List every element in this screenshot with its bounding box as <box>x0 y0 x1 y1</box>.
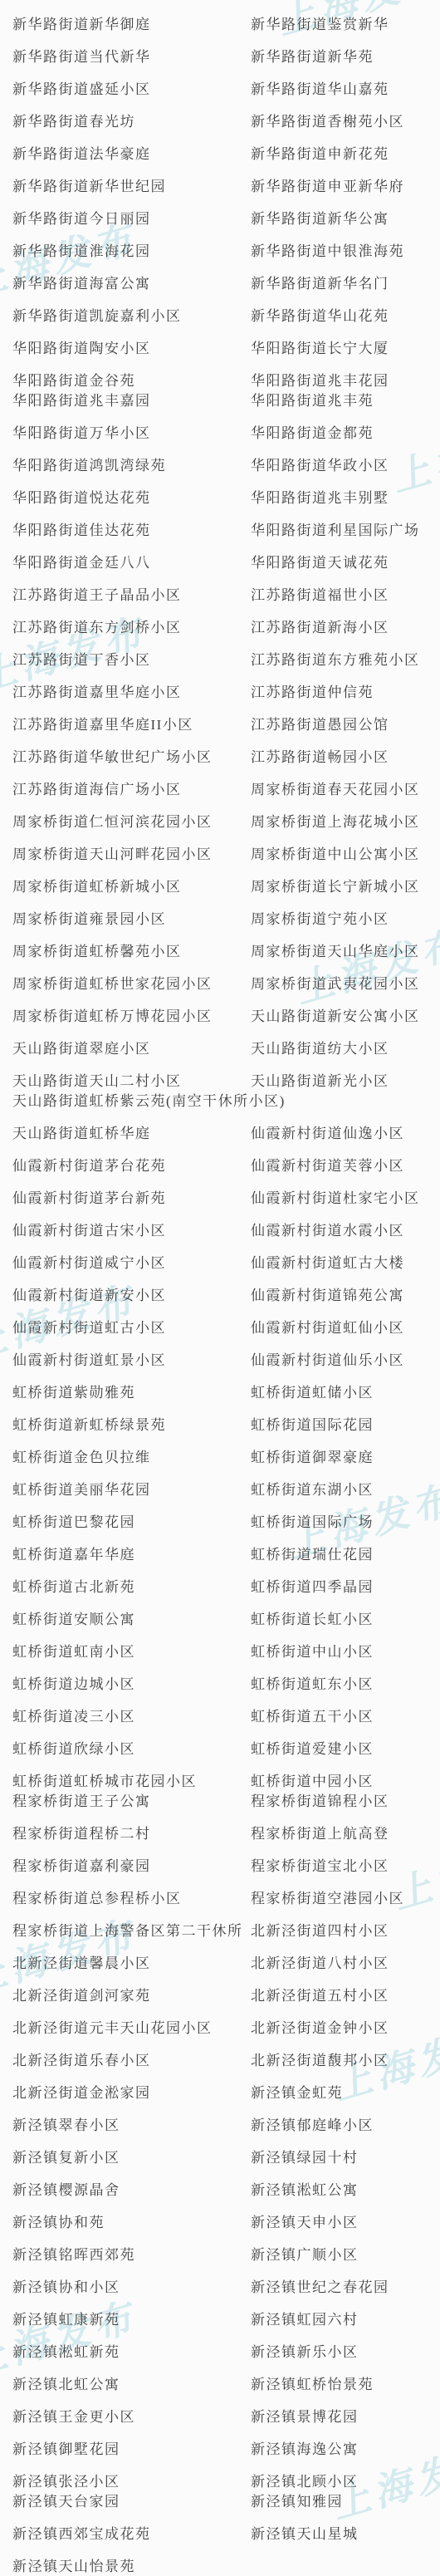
community-name-left: 新华路街道盛延小区 <box>12 81 251 98</box>
community-name-right: 新泾镇天山星城 <box>251 2526 440 2543</box>
list-row: 新泾镇铭晖西郊苑新泾镇广顺小区 <box>12 2247 440 2264</box>
list-row: 北新泾街道剑河家苑北新泾街道五村小区 <box>12 1988 440 2004</box>
community-name-left: 新华路街道法华豪庭 <box>12 146 251 163</box>
community-name-left: 华阳路街道陶安小区 <box>12 341 251 357</box>
community-name-left: 北新泾街道馨晨小区 <box>12 1955 251 1972</box>
community-name-left: 虹桥街道古北新苑 <box>12 1579 251 1596</box>
community-name-left: 新华路街道凯旋嘉利小区 <box>12 308 251 325</box>
community-name-right: 北新泾街道八村小区 <box>251 1955 440 1972</box>
community-name-right: 新华路街道华山花苑 <box>251 308 440 325</box>
community-name-left: 仙霞新村街道古宋小区 <box>12 1223 251 1239</box>
community-name-right: 华阳路街道兆丰别墅 <box>251 490 440 507</box>
community-name-right: 虹桥街道长虹小区 <box>251 1612 440 1628</box>
community-name-left: 华阳路街道金谷苑 <box>12 373 251 390</box>
community-list: 新华路街道新华御庭新华路街道鉴赏新华新华路街道当代新华新华路街道新华苑新华路街道… <box>0 0 440 2575</box>
community-name-left: 新泾镇协和苑 <box>12 2215 251 2231</box>
community-name-right: 仙霞新村街道虹仙小区 <box>251 1320 440 1337</box>
community-name-right: 天山路街道新安公寓小区 <box>251 1008 440 1025</box>
list-row: 虹桥街道安顺公寓虹桥街道长虹小区 <box>12 1612 440 1628</box>
list-row: 程家桥街道王子公寓程家桥街道锦程小区 <box>12 1793 440 1810</box>
community-name-left: 华阳路街道鸿凯湾绿苑 <box>12 458 251 474</box>
community-name-left: 江苏路街道华敏世纪广场小区 <box>12 749 251 766</box>
community-name-left: 虹桥街道虹南小区 <box>12 1644 251 1661</box>
list-row: 周家桥街道天山河畔花园小区周家桥街道中山公寓小区 <box>12 846 440 863</box>
community-name-left: 华阳路街道悦达花苑 <box>12 490 251 507</box>
community-name-right: 华阳路街道兆丰苑 <box>251 393 440 410</box>
list-row: 天山路街道虹桥华庭仙霞新村街道仙逸小区 <box>12 1126 440 1142</box>
community-name-right: 新泾镇景博花园 <box>251 2409 440 2426</box>
community-name-right: 新泾镇广顺小区 <box>251 2247 440 2264</box>
list-row: 天山路街道天山二村小区天山路街道新光小区 <box>12 1073 440 1090</box>
community-name-left: 江苏路街道海信广场小区 <box>12 782 251 798</box>
community-name-right: 北新泾街道四村小区 <box>251 1923 440 1940</box>
list-row: 仙霞新村街道虹古小区仙霞新村街道虹仙小区 <box>12 1320 440 1337</box>
community-name-right: 新华路街道新华名门 <box>251 276 440 292</box>
community-name-left: 程家桥街道程桥二村 <box>12 1826 251 1842</box>
community-name-right: 周家桥街道中山公寓小区 <box>251 846 440 863</box>
list-row: 北新泾街道馨晨小区北新泾街道八村小区 <box>12 1955 440 1972</box>
community-name-left: 北新泾街道元丰天山花园小区 <box>12 2020 251 2037</box>
list-row: 虹桥街道凌三小区虹桥街道五干小区 <box>12 1709 440 1725</box>
community-name-right: 新泾镇天申小区 <box>251 2215 440 2231</box>
list-row: 虹桥街道古北新苑虹桥街道四季晶园 <box>12 1579 440 1596</box>
community-name-left: 新泾镇天台家园 <box>12 2494 251 2510</box>
list-row: 新华路街道凯旋嘉利小区新华路街道华山花苑 <box>12 308 440 325</box>
list-row: 仙霞新村街道虹景小区仙霞新村街道仙乐小区 <box>12 1352 440 1369</box>
community-name-left: 新泾镇铭晖西郊苑 <box>12 2247 251 2264</box>
community-name-left: 新华路街道淮海花园 <box>12 243 251 260</box>
list-row: 华阳路街道佳达花苑华阳路街道利星国际广场 <box>12 523 440 539</box>
community-name-right: 虹桥街道五干小区 <box>251 1709 440 1725</box>
community-name-left: 新泾镇淞虹新苑 <box>12 2344 251 2361</box>
community-name-right: 仙霞新村街道仙逸小区 <box>251 1126 440 1142</box>
list-row: 北新泾街道金淞家园新泾镇金虹苑 <box>12 2085 440 2102</box>
community-name-right: 虹桥街道虹东小区 <box>251 1676 440 1693</box>
list-row: 华阳路街道陶安小区华阳路街道长宁大厦 <box>12 341 440 357</box>
list-row: 新泾镇协和苑新泾镇天申小区 <box>12 2215 440 2231</box>
list-row: 虹桥街道嘉年华庭虹桥街道瑞仕花园 <box>12 1547 440 1563</box>
community-name-right: 新泾镇海逸公寓 <box>251 2441 440 2458</box>
list-row: 北新泾街道元丰天山花园小区北新泾街道金钟小区 <box>12 2020 440 2037</box>
community-name-left: 周家桥街道虹桥万博花园小区 <box>12 1008 251 1025</box>
community-name-right: 仙霞新村街道锦苑公寓 <box>251 1288 440 1304</box>
community-name-left: 华阳路街道金廷八八 <box>12 555 251 572</box>
list-row: 华阳路街道金廷八八华阳路街道天诚花苑 <box>12 555 440 572</box>
community-name-right: 江苏路街道仲信苑 <box>251 684 440 701</box>
community-name-left: 仙霞新村街道虹古小区 <box>12 1320 251 1337</box>
community-name-right: 华阳路街道金都苑 <box>251 425 440 442</box>
community-name-left: 仙霞新村街道茅台新苑 <box>12 1190 251 1207</box>
community-name-left: 北新泾街道乐春小区 <box>12 2053 251 2069</box>
community-name-right: 周家桥街道春天花园小区 <box>251 782 440 798</box>
community-name-left: 虹桥街道紫勋雅苑 <box>12 1385 251 1401</box>
community-name-right: 新华路街道申新花苑 <box>251 146 440 163</box>
community-name-left: 仙霞新村街道虹景小区 <box>12 1352 251 1369</box>
list-row: 周家桥街道仁恒河滨花园小区周家桥街道上海花城小区 <box>12 814 440 831</box>
community-name-left: 虹桥街道嘉年华庭 <box>12 1547 251 1563</box>
list-row: 新泾镇樱源晶舍新泾镇淞虹公寓 <box>12 2182 440 2199</box>
community-name-right: 周家桥街道天山华庭小区 <box>251 944 440 960</box>
list-row: 新华路街道法华豪庭新华路街道申新花苑 <box>12 146 440 163</box>
list-row: 新华路街道新华世纪园新华路街道申亚新华府 <box>12 179 440 195</box>
community-name-right: 程家桥街道上航高登 <box>251 1826 440 1842</box>
community-name-right: 周家桥街道武夷花园小区 <box>251 976 440 993</box>
community-name-left: 虹桥街道凌三小区 <box>12 1709 251 1725</box>
list-row: 新华路街道今日丽园新华路街道新华公寓 <box>12 211 440 228</box>
community-name-right: 江苏路街道东方雅苑小区 <box>251 652 440 669</box>
list-row: 新华路街道春光坊新华路街道香榭苑小区 <box>12 114 440 130</box>
community-name-right: 周家桥街道长宁新城小区 <box>251 879 440 895</box>
community-name-right: 虹桥街道中山小区 <box>251 1644 440 1661</box>
community-name-left: 天山路街道虹桥紫云苑(南空干休所小区) <box>12 1093 440 1110</box>
community-name-right: 仙霞新村街道芙蓉小区 <box>251 1158 440 1175</box>
list-row: 江苏路街道丁香小区江苏路街道东方雅苑小区 <box>12 652 440 669</box>
list-row: 华阳路街道兆丰嘉园华阳路街道兆丰苑 <box>12 393 440 410</box>
list-row: 仙霞新村街道茅台花苑仙霞新村街道芙蓉小区 <box>12 1158 440 1175</box>
list-row: 新泾镇御墅花园新泾镇海逸公寓 <box>12 2441 440 2458</box>
list-row: 新泾镇王金更小区新泾镇景博花园 <box>12 2409 440 2426</box>
community-name-left: 华阳路街道佳达花苑 <box>12 523 251 539</box>
list-row: 新泾镇张泾小区新泾镇北顾小区 <box>12 2474 440 2490</box>
list-row: 新泾镇协和小区新泾镇世纪之春花园 <box>12 2279 440 2296</box>
list-row: 虹桥街道新虹桥绿景苑虹桥街道国际花园 <box>12 1417 440 1434</box>
community-name-left: 新华路街道海富公寓 <box>12 276 251 292</box>
community-name-left: 虹桥街道金色贝拉维 <box>12 1450 251 1466</box>
community-name-right: 虹桥街道国际花园 <box>251 1417 440 1434</box>
community-name-left: 天山路街道翠庭小区 <box>12 1041 251 1057</box>
list-row: 周家桥街道虹桥新城小区周家桥街道长宁新城小区 <box>12 879 440 895</box>
community-name-left: 北新泾街道金淞家园 <box>12 2085 251 2102</box>
list-row: 程家桥街道总参程桥小区程家桥街道空港园小区 <box>12 1891 440 1907</box>
list-row: 新泾镇天山怡景苑 <box>12 2559 440 2575</box>
community-name-right: 程家桥街道宝北小区 <box>251 1858 440 1875</box>
community-name-right: 新泾镇绿园十村 <box>251 2150 440 2166</box>
community-name-right: 虹桥街道东湖小区 <box>251 1482 440 1499</box>
community-name-left: 江苏路街道嘉里华庭小区 <box>12 684 251 701</box>
scanned-community-list-page: { "page": { "background": "#fbfbfb", "te… <box>0 0 440 2576</box>
community-name-right: 虹桥街道虹储小区 <box>251 1385 440 1401</box>
community-name-left: 江苏路街道嘉里华庭II小区 <box>12 717 251 734</box>
community-name-right: 华阳路街道兆丰花园 <box>251 373 440 390</box>
community-name-left: 周家桥街道雍景园小区 <box>12 911 251 928</box>
community-name-right: 北新泾街道金钟小区 <box>251 2020 440 2037</box>
list-row: 天山路街道虹桥紫云苑(南空干休所小区) <box>12 1093 440 1110</box>
community-name-right: 江苏路街道新海小区 <box>251 620 440 636</box>
community-name-left: 虹桥街道美丽华花园 <box>12 1482 251 1499</box>
list-row: 新泾镇西郊宝成花苑新泾镇天山星城 <box>12 2526 440 2543</box>
community-name-right: 仙霞新村街道虹古大楼 <box>251 1255 440 1272</box>
list-row: 江苏路街道王子晶品小区江苏路街道福世小区 <box>12 587 440 604</box>
list-row: 仙霞新村街道新安小区仙霞新村街道锦苑公寓 <box>12 1288 440 1304</box>
community-name-right: 新泾镇北顾小区 <box>251 2474 440 2490</box>
community-name-right: 新华路街道中银淮海苑 <box>251 243 440 260</box>
list-row: 新华路街道新华御庭新华路街道鉴赏新华 <box>12 17 440 33</box>
list-row: 新泾镇翠春小区新泾镇郁庭峰小区 <box>12 2117 440 2134</box>
community-name-left: 新泾镇北虹公寓 <box>12 2377 251 2393</box>
community-name-left: 江苏路街道王子晶品小区 <box>12 587 251 604</box>
community-name-right: 新华路街道新华苑 <box>251 49 440 66</box>
community-name-left: 虹桥街道巴黎花园 <box>12 1514 251 1531</box>
community-name-left: 程家桥街道嘉利豪园 <box>12 1858 251 1875</box>
community-name-right: 仙霞新村街道仙乐小区 <box>251 1352 440 1369</box>
community-name-left: 虹桥街道安顺公寓 <box>12 1612 251 1628</box>
community-name-right: 天山路街道纺大小区 <box>251 1041 440 1057</box>
community-name-left: 虹桥街道新虹桥绿景苑 <box>12 1417 251 1434</box>
community-name-right: 华阳路街道长宁大厦 <box>251 341 440 357</box>
list-row: 新泾镇复新小区新泾镇绿园十村 <box>12 2150 440 2166</box>
community-name-left: 北新泾街道剑河家苑 <box>12 1988 251 2004</box>
community-name-right: 北新泾街道馥邦小区 <box>251 2053 440 2069</box>
community-name-left: 程家桥街道总参程桥小区 <box>12 1891 251 1907</box>
community-name-left: 虹桥街道边城小区 <box>12 1676 251 1693</box>
list-row: 仙霞新村街道茅台新苑仙霞新村街道杜家宅小区 <box>12 1190 440 1207</box>
community-name-left: 天山路街道虹桥华庭 <box>12 1126 251 1142</box>
community-name-right: 新泾镇新乐小区 <box>251 2344 440 2361</box>
community-name-right: 江苏路街道畅园小区 <box>251 749 440 766</box>
community-name-right: 程家桥街道空港园小区 <box>251 1891 440 1907</box>
community-name-left: 新华路街道新华御庭 <box>12 17 251 33</box>
community-name-left: 新华路街道新华世纪园 <box>12 179 251 195</box>
list-row: 江苏路街道嘉里华庭II小区江苏路街道愚园公馆 <box>12 717 440 734</box>
community-name-right: 江苏路街道愚园公馆 <box>251 717 440 734</box>
list-row: 新泾镇虹康新苑新泾镇虹园六村 <box>12 2312 440 2328</box>
community-name-left: 新泾镇翠春小区 <box>12 2117 251 2134</box>
community-name-right: 仙霞新村街道杜家宅小区 <box>251 1190 440 1207</box>
community-name-right: 新泾镇知雅园 <box>251 2494 440 2510</box>
community-name-left: 新泾镇协和小区 <box>12 2279 251 2296</box>
community-name-right: 程家桥街道锦程小区 <box>251 1793 440 1810</box>
community-name-left: 新泾镇御墅花园 <box>12 2441 251 2458</box>
community-name-left: 新泾镇天山怡景苑 <box>12 2559 251 2575</box>
community-name-left: 新泾镇西郊宝成花苑 <box>12 2526 251 2543</box>
community-name-left: 新泾镇王金更小区 <box>12 2409 251 2426</box>
list-row: 新华路街道当代新华新华路街道新华苑 <box>12 49 440 66</box>
community-name-left: 程家桥街道上海警备区第二干休所 <box>12 1923 251 1940</box>
community-name-right: 虹桥街道国际广场 <box>251 1514 440 1531</box>
community-name-right: 江苏路街道福世小区 <box>251 587 440 604</box>
community-name-right: 新华路街道香榭苑小区 <box>251 114 440 130</box>
list-row: 新泾镇北虹公寓新泾镇虹桥怡景苑 <box>12 2377 440 2393</box>
community-name-left: 新泾镇樱源晶舍 <box>12 2182 251 2199</box>
community-name-right: 新华路街道申亚新华府 <box>251 179 440 195</box>
list-row: 新华路街道盛延小区新华路街道华山嘉苑 <box>12 81 440 98</box>
list-row: 程家桥街道程桥二村程家桥街道上航高登 <box>12 1826 440 1842</box>
list-row: 虹桥街道虹桥城市花园小区虹桥街道中园小区 <box>12 1774 440 1790</box>
list-row: 虹桥街道欣绿小区虹桥街道爱建小区 <box>12 1741 440 1758</box>
list-row: 江苏路街道嘉里华庭小区江苏路街道仲信苑 <box>12 684 440 701</box>
list-row: 新泾镇淞虹新苑新泾镇新乐小区 <box>12 2344 440 2361</box>
list-row: 程家桥街道嘉利豪园程家桥街道宝北小区 <box>12 1858 440 1875</box>
community-name-left: 天山路街道天山二村小区 <box>12 1073 251 1090</box>
list-row: 程家桥街道上海警备区第二干休所北新泾街道四村小区 <box>12 1923 440 1940</box>
community-name-right: 新泾镇淞虹公寓 <box>251 2182 440 2199</box>
community-name-left: 新泾镇张泾小区 <box>12 2474 251 2490</box>
list-row: 江苏路街道海信广场小区周家桥街道春天花园小区 <box>12 782 440 798</box>
community-name-right: 新泾镇虹园六村 <box>251 2312 440 2328</box>
list-row: 北新泾街道乐春小区北新泾街道馥邦小区 <box>12 2053 440 2069</box>
list-row: 新华路街道海富公寓新华路街道新华名门 <box>12 276 440 292</box>
community-name-left: 江苏路街道丁香小区 <box>12 652 251 669</box>
community-name-right: 新泾镇金虹苑 <box>251 2085 440 2102</box>
list-row: 天山路街道翠庭小区天山路街道纺大小区 <box>12 1041 440 1057</box>
list-row: 虹桥街道金色贝拉维虹桥街道御翠豪庭 <box>12 1450 440 1466</box>
list-row: 华阳路街道鸿凯湾绿苑华阳路街道华政小区 <box>12 458 440 474</box>
community-name-right: 虹桥街道御翠豪庭 <box>251 1450 440 1466</box>
community-name-right: 华阳路街道华政小区 <box>251 458 440 474</box>
community-name-left: 仙霞新村街道威宁小区 <box>12 1255 251 1272</box>
list-row: 新泾镇天台家园新泾镇知雅园 <box>12 2494 440 2510</box>
community-name-left: 周家桥街道仁恒河滨花园小区 <box>12 814 251 831</box>
list-row: 周家桥街道虹桥世家花园小区周家桥街道武夷花园小区 <box>12 976 440 993</box>
list-row: 华阳路街道万华小区华阳路街道金都苑 <box>12 425 440 442</box>
community-name-left: 新华路街道今日丽园 <box>12 211 251 228</box>
community-name-left: 江苏路街道东方剑桥小区 <box>12 620 251 636</box>
community-name-left: 虹桥街道欣绿小区 <box>12 1741 251 1758</box>
community-name-right: 虹桥街道瑞仕花园 <box>251 1547 440 1563</box>
list-row: 江苏路街道东方剑桥小区江苏路街道新海小区 <box>12 620 440 636</box>
community-name-left: 周家桥街道天山河畔花园小区 <box>12 846 251 863</box>
community-name-left: 新泾镇虹康新苑 <box>12 2312 251 2328</box>
community-name-right: 仙霞新村街道水霞小区 <box>251 1223 440 1239</box>
community-name-right: 周家桥街道宁苑小区 <box>251 911 440 928</box>
community-name-right: 华阳路街道利星国际广场 <box>251 523 440 539</box>
community-name-left: 仙霞新村街道新安小区 <box>12 1288 251 1304</box>
list-row: 华阳路街道金谷苑华阳路街道兆丰花园 <box>12 373 440 390</box>
community-name-right: 新泾镇虹桥怡景苑 <box>251 2377 440 2393</box>
community-name-left: 新泾镇复新小区 <box>12 2150 251 2166</box>
list-row: 江苏路街道华敏世纪广场小区江苏路街道畅园小区 <box>12 749 440 766</box>
community-name-right: 新华路街道华山嘉苑 <box>251 81 440 98</box>
community-name-right: 虹桥街道爱建小区 <box>251 1741 440 1758</box>
community-name-right: 新华路街道鉴赏新华 <box>251 17 440 33</box>
community-name-right: 新泾镇世纪之春花园 <box>251 2279 440 2296</box>
community-name-right: 周家桥街道上海花城小区 <box>251 814 440 831</box>
community-name-right: 新华路街道新华公寓 <box>251 211 440 228</box>
community-name-left: 虹桥街道虹桥城市花园小区 <box>12 1774 251 1790</box>
list-row: 虹桥街道边城小区虹桥街道虹东小区 <box>12 1676 440 1693</box>
community-name-left: 新华路街道当代新华 <box>12 49 251 66</box>
list-row: 虹桥街道巴黎花园虹桥街道国际广场 <box>12 1514 440 1531</box>
community-name-left: 新华路街道春光坊 <box>12 114 251 130</box>
community-name-left: 华阳路街道兆丰嘉园 <box>12 393 251 410</box>
list-row: 虹桥街道美丽华花园虹桥街道东湖小区 <box>12 1482 440 1499</box>
community-name-right: 天山路街道新光小区 <box>251 1073 440 1090</box>
community-name-right: 新泾镇郁庭峰小区 <box>251 2117 440 2134</box>
community-name-left: 华阳路街道万华小区 <box>12 425 251 442</box>
list-row: 新华路街道淮海花园新华路街道中银淮海苑 <box>12 243 440 260</box>
community-name-left: 周家桥街道虹桥馨苑小区 <box>12 944 251 960</box>
community-name-left: 仙霞新村街道茅台花苑 <box>12 1158 251 1175</box>
list-row: 仙霞新村街道威宁小区仙霞新村街道虹古大楼 <box>12 1255 440 1272</box>
list-row: 华阳路街道悦达花苑华阳路街道兆丰别墅 <box>12 490 440 507</box>
community-name-right: 虹桥街道中园小区 <box>251 1774 440 1790</box>
community-name-right: 北新泾街道五村小区 <box>251 1988 440 2004</box>
list-row: 周家桥街道雍景园小区周家桥街道宁苑小区 <box>12 911 440 928</box>
list-row: 虹桥街道紫勋雅苑虹桥街道虹储小区 <box>12 1385 440 1401</box>
community-name-left: 程家桥街道王子公寓 <box>12 1793 251 1810</box>
list-row: 周家桥街道虹桥馨苑小区周家桥街道天山华庭小区 <box>12 944 440 960</box>
community-name-left: 周家桥街道虹桥新城小区 <box>12 879 251 895</box>
list-row: 仙霞新村街道古宋小区仙霞新村街道水霞小区 <box>12 1223 440 1239</box>
community-name-right: 华阳路街道天诚花苑 <box>251 555 440 572</box>
list-row: 虹桥街道虹南小区虹桥街道中山小区 <box>12 1644 440 1661</box>
list-row: 周家桥街道虹桥万博花园小区天山路街道新安公寓小区 <box>12 1008 440 1025</box>
community-name-right: 虹桥街道四季晶园 <box>251 1579 440 1596</box>
community-name-left: 周家桥街道虹桥世家花园小区 <box>12 976 251 993</box>
community-name-right <box>251 2559 440 2575</box>
